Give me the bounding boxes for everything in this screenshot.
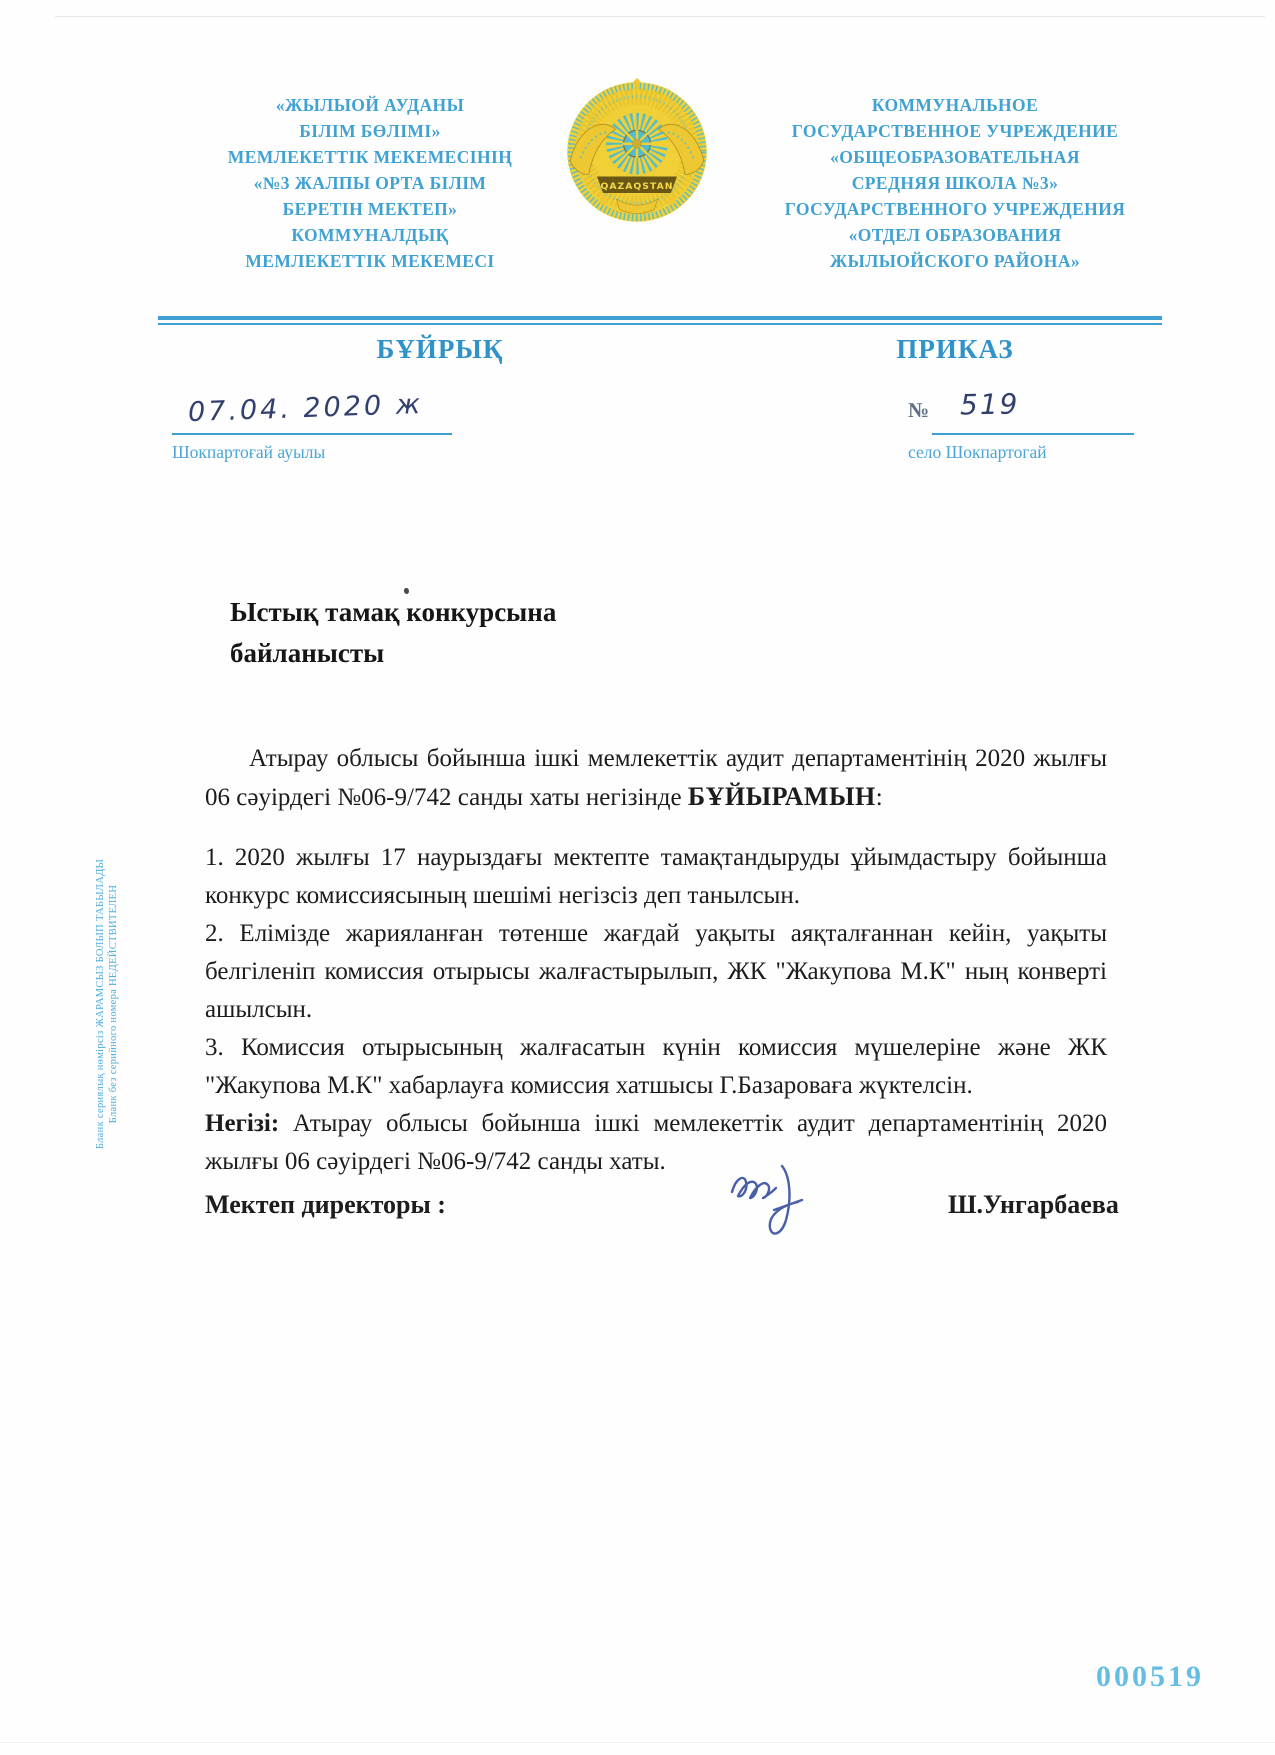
intro-paragraph: Атырау облысы бойынша ішкі мемлекеттік а… [205,740,1107,817]
order-body: Атырау облысы бойынша ішкі мемлекеттік а… [205,740,1107,1181]
emblem-banner-text: QAZAQSTAN [600,181,673,192]
document-page: «ЖЫЛЫОЙ АУДАНЫ БІЛІМ БӨЛІМІ» МЕМЛЕКЕТТІК… [0,0,1275,1755]
header-divider-rule [158,316,1162,325]
order-item-1: 1. 2020 жылғы 17 наурыздағы мектепте там… [205,839,1107,915]
org-ru-line: КОММУНАЛЬНОЕ [752,92,1158,118]
org-ru-line: «ОТДЕЛ ОБРАЗОВАНИЯ [752,222,1158,248]
intro-keyword: БҰЙЫРАМЫН [688,782,876,811]
org-ru-line: «ОБЩЕОБРАЗОВАТЕЛЬНАЯ [752,144,1158,170]
scan-artifact-line [0,1742,1275,1743]
handwritten-order-number: 519 [960,387,1020,421]
org-ru-line: ГОСУДАРСТВЕННОГО УЧРЕЖДЕНИЯ [752,196,1158,222]
number-sign-label: № [908,398,929,423]
order-title-kazakh: БҰЙРЫҚ [330,334,550,365]
handwritten-signature [718,1150,858,1250]
subject-line: Ыстық тамақ конкурсына [230,592,556,633]
org-kk-line: БЕРЕТІН МЕКТЕП» [205,196,535,222]
order-subject: Ыстық тамақ конкурсына байланысты [230,592,556,674]
org-name-russian: КОММУНАЛЬНОЕ ГОСУДАРСТВЕННОЕ УЧРЕЖДЕНИЕ … [752,92,1158,274]
intro-text: Атырау облысы бойынша ішкі мемлекеттік а… [205,745,1107,811]
org-ru-line: ЖЫЛЫОЙСКОГО РАЙОНА» [752,248,1158,274]
number-underline [932,433,1134,435]
place-label-russian: село Шокпартогай [908,442,1047,463]
handwritten-date: 07.04. 2020 ж [188,389,424,428]
blank-note-kazakh: Бланк сериялық нөмірсіз ЖАРАМСЫЗ БОЛЫП Т… [94,823,107,1185]
org-kk-line: «№3 ЖАЛПЫ ОРТА БІЛІМ [205,170,535,196]
org-name-kazakh: «ЖЫЛЫОЙ АУДАНЫ БІЛІМ БӨЛІМІ» МЕМЛЕКЕТТІК… [205,92,535,274]
basis-label: Негізі: [205,1110,279,1137]
org-kk-line: МЕМЛЕКЕТТІК МЕКЕМЕСІ [205,248,535,274]
basis-text: Атырау облысы бойынша ішкі мемлекеттік а… [205,1110,1107,1175]
intro-colon: : [876,784,883,811]
org-kk-line: БІЛІМ БӨЛІМІ» [205,118,535,144]
order-item-2: 2. Елімізде жарияланған төтенше жағдай у… [205,915,1107,1029]
scan-artifact-line [55,16,1265,17]
org-ru-line: СРЕДНЯЯ ШКОЛА №3» [752,170,1158,196]
org-kk-line: КОММУНАЛДЫҚ [205,222,535,248]
place-label-kazakh: Шокпартоғай ауылы [172,442,325,463]
date-underline [172,433,452,435]
basis-paragraph: Негізі: Атырау облысы бойынша ішкі мемле… [205,1105,1107,1181]
signature-name: Ш.Унгарбаева [948,1190,1119,1220]
kazakhstan-coat-of-arms-icon: QAZAQSTAN [560,76,714,234]
blank-validity-note: Бланк сериялық нөмірсіз ЖАРАМСЫЗ БОЛЫП Т… [94,823,128,1185]
org-kk-line: «ЖЫЛЫОЙ АУДАНЫ [205,92,535,118]
org-ru-line: ГОСУДАРСТВЕННОЕ УЧРЕЖДЕНИЕ [752,118,1158,144]
order-item-3: 3. Комиссия отырысының жалғасатын күнін … [205,1029,1107,1105]
org-kk-line: МЕМЛЕКЕТТІК МЕКЕМЕСІНІҢ [205,144,535,170]
order-title-russian: ПРИКАЗ [870,334,1040,365]
signature-role-label: Мектеп директоры : [205,1190,446,1220]
blank-note-russian: Бланк без серийного номера НЕДЕЙСТВИТЕЛЕ… [107,823,120,1185]
blank-serial-number: 000519 [1096,1660,1204,1694]
subject-line: байланысты [230,633,556,674]
